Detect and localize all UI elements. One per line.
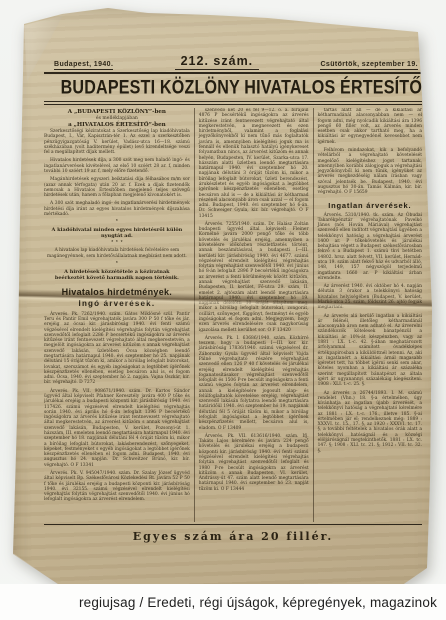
newspaper-page: Budapest, 1940. 212. szám. Csütörtök, sz…	[0, 0, 446, 620]
paper-vignette	[0, 0, 446, 620]
listing-caption-bar: regiujsag / Eredeti, régi újságok, képre…	[0, 584, 446, 620]
listing-photo: Budapest, 1940. 212. szám. Csütörtök, sz…	[0, 0, 446, 620]
listing-caption-text: regiujsag / Eredeti, régi újságok, képre…	[79, 595, 437, 610]
